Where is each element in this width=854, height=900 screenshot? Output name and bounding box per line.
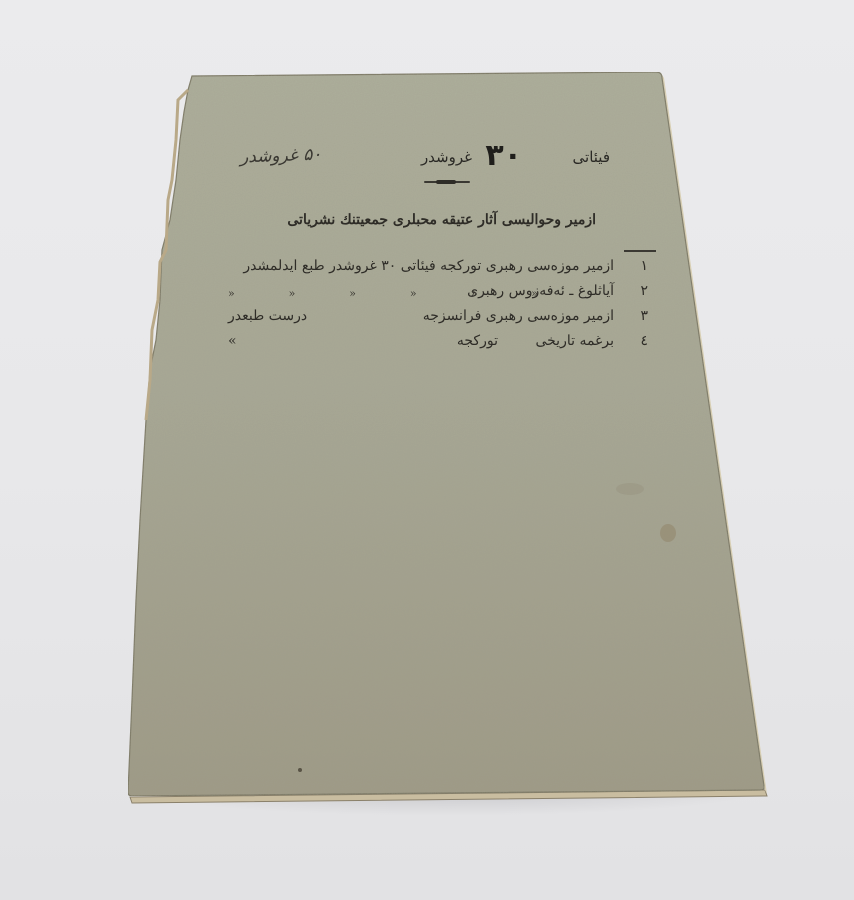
ditto-mark: » (228, 287, 235, 300)
publisher-line: ازمیر وحوالیسی آثار عتیقه محبلری جمعیتنك… (316, 212, 596, 228)
list-item: ٤ برغمه تاریخی تورکجه » (228, 331, 648, 356)
ditto-mark: » (289, 287, 296, 300)
list-rule (624, 250, 656, 252)
ditto-marks: » » » » » » (228, 287, 538, 300)
list-number: ٢ (640, 283, 648, 299)
ornament-rule (424, 181, 470, 183)
list-item: ١ ازمیر موزه‌سی رهبری تورکجه فیئاتی ۳۰ غ… (228, 256, 648, 281)
list-title: ازمیر موزه‌سی رهبری تورکجه فیئاتی ۳۰ غرو… (243, 258, 614, 274)
photo-scene: فیئاتی ۳۰ غروشدر ۵۰ غروشدر ازمیر وحوالیس… (0, 0, 854, 900)
ditto-mark: » (531, 287, 538, 300)
ditto-mark: » (410, 287, 417, 300)
ditto-mark: » (471, 287, 478, 300)
handwritten-price-correction: ۵۰ غروشدر (240, 145, 322, 168)
list-title: ازمیر موزه‌سی رهبری فرانسزجه (423, 308, 614, 324)
price-unit: غروشدر (421, 148, 472, 166)
ditto-mark: » (349, 287, 356, 300)
list-note: » (228, 333, 237, 349)
price-line: فیئاتی ۳۰ غروشدر ۵۰ غروشدر (240, 140, 620, 180)
booklet-cover (0, 0, 854, 900)
price-number: ۳۰ (485, 138, 522, 173)
list-item: ٣ ازمیر موزه‌سی رهبری فرانسزجه درست طبعد… (228, 306, 648, 331)
list-language: تورکجه (457, 333, 498, 349)
list-number: ٣ (640, 308, 648, 324)
price-label: فیئاتی (573, 148, 610, 166)
publications-list: ١ ازمیر موزه‌سی رهبری تورکجه فیئاتی ۳۰ غ… (228, 256, 648, 356)
list-number: ٤ (640, 333, 648, 349)
list-title: برغمه تاریخی (535, 333, 614, 349)
list-item: ٢ آیاثلوغ ـ ئه‌فه‌زوس رهبری » » » » » » (228, 281, 648, 306)
list-note: درست طبعدر (228, 308, 307, 324)
list-number: ١ (640, 258, 648, 274)
